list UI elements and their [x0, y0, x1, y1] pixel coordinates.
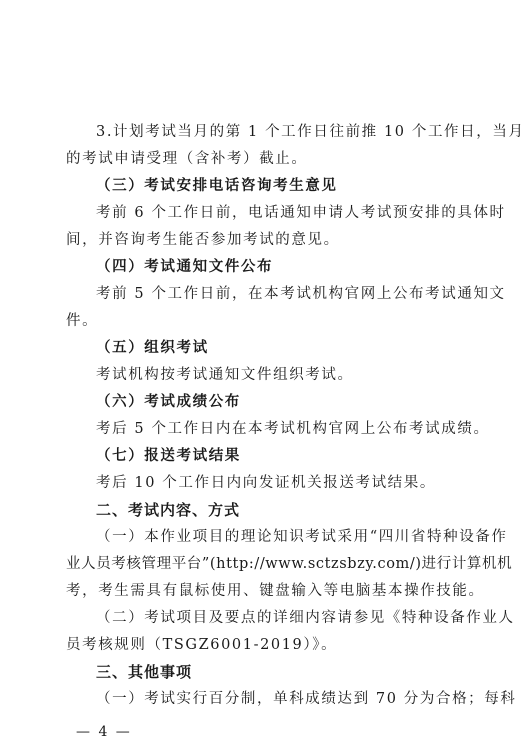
subheading: （三）考试安排电话咨询考生意见: [96, 176, 496, 196]
page-number: — 4 —: [76, 724, 132, 740]
paragraph-line: 的考试申请受理（含补考）截止。: [66, 149, 466, 169]
paragraph-line: 业人员考核管理平台”(http://www.sctzsbzy.com/)进行计算…: [66, 554, 466, 574]
paragraph-line: 考后 10 个工作日内向发证机关报送考试结果。: [96, 473, 496, 493]
paragraph-line: （二）考试项目及要点的详细内容请参见《特种设备作业人: [96, 608, 496, 628]
section-heading: 二、考试内容、方式: [96, 500, 496, 520]
subheading: （四）考试通知文件公布: [96, 257, 496, 277]
paragraph-line: （一）本作业项目的理论知识考试采用“四川省特种设备作: [96, 527, 496, 547]
paragraph-line: （一）考试实行百分制，单科成绩达到 70 分为合格；每科: [96, 689, 496, 709]
document-page: 3.计划考试当月的第 1 个工作日往前推 10 个工作日，当月 的考试申请受理（…: [0, 0, 527, 744]
paragraph-line: 考，考生需具有鼠标使用、键盘输入等电脑基本操作技能。: [66, 581, 466, 601]
paragraph-line: 考后 5 个工作日内在本考试机构官网上公布考试成绩。: [96, 419, 496, 439]
subheading: （五）组织考试: [96, 338, 496, 358]
section-heading: 三、其他事项: [96, 662, 496, 682]
paragraph-line: 考前 5 个工作日前，在本考试机构官网上公布考试通知文: [96, 284, 496, 304]
paragraph-line: 考前 6 个工作日前，电话通知申请人考试预安排的具体时: [96, 203, 496, 223]
subheading: （七）报送考试结果: [96, 446, 496, 466]
paragraph-line: 件。: [66, 311, 466, 331]
paragraph-line: 间，并咨询考生能否参加考试的意见。: [66, 230, 466, 250]
paragraph-line: 3.计划考试当月的第 1 个工作日往前推 10 个工作日，当月: [96, 122, 496, 142]
paragraph-line: 员考核规则（TSGZ6001-2019）》。: [66, 635, 466, 655]
subheading: （六）考试成绩公布: [96, 392, 496, 412]
paragraph-line: 考试机构按考试通知文件组织考试。: [96, 365, 496, 385]
